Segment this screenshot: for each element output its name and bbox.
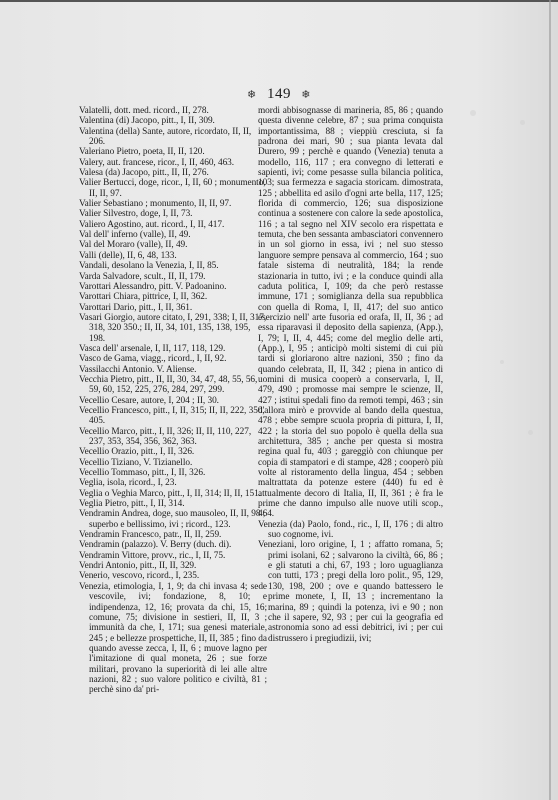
page-top-edge bbox=[0, 0, 558, 2]
index-entry: Vecellio Tommaso, pitt., I, II, 326. bbox=[79, 468, 267, 478]
index-entry: Vecchia Pietro, pitt., II, II, 30, 34, 4… bbox=[79, 375, 267, 396]
index-entry-continued: mordi abbisognasse di marineria, 85, 86 … bbox=[258, 106, 443, 520]
index-entry: Vandali, desolano la Venezia, I, II, 85. bbox=[79, 261, 267, 271]
index-entry: Valiero Agostino, aut. ricord., I, II, 4… bbox=[79, 220, 267, 230]
index-entry: Valli (delle), II, 6, 48, 133. bbox=[79, 251, 267, 261]
index-entry: Vecellio Cesare, autore, I, 204 ; II, 30… bbox=[79, 396, 267, 406]
index-entry: Vecellio Francesco, pitt., I, II, 315; I… bbox=[79, 406, 267, 427]
index-entry: Veglia o Veghia Marco, pitt., I, II, 314… bbox=[79, 489, 267, 499]
index-entry: Vecellio Marco, pitt., I, II, 326; II, I… bbox=[79, 427, 267, 448]
index-entry: Val dell' inferno (valle), II, 49. bbox=[79, 230, 267, 240]
index-entry: Vassilacchi Antonio. V. Aliense. bbox=[79, 365, 267, 375]
index-entry: Vendramin Andrea, doge, suo mausoleo, II… bbox=[79, 509, 267, 530]
index-entry: Val del Moraro (valle), II, 49. bbox=[79, 240, 267, 250]
index-entry: Veneziani, loro origine, I, 1 ; affatto … bbox=[258, 540, 443, 643]
index-entry: Vendramin (palazzo). V. Berry (duch. di)… bbox=[79, 540, 267, 550]
index-entry: Varda Salvadore, scult., II, II, 179. bbox=[79, 272, 267, 282]
paper-spot bbox=[520, 120, 525, 125]
ornament-left-icon: ❄ bbox=[247, 89, 257, 101]
index-entry: Valesa (da) Jacopo, pitt., II, II, 276. bbox=[79, 168, 267, 178]
index-entry: Venezia, etimologia, I, 1, 9; da chi inv… bbox=[79, 582, 267, 696]
index-entry: Valatelli, dott. med. ricord., II, 278. bbox=[79, 106, 267, 116]
index-entry: Valier Bertucci, doge, ricor., I, II, 60… bbox=[79, 178, 267, 199]
index-column-right: mordi abbisognasse di marineria, 85, 86 … bbox=[258, 106, 443, 644]
index-entry: Valery, aut. francese, ricor., I, II, 46… bbox=[79, 158, 267, 168]
scanned-page: ❄ 149 ❄ Valatelli, dott. med. ricord., I… bbox=[0, 0, 558, 800]
index-entry: Valier Silvestro, doge, I, II, 73. bbox=[79, 209, 267, 219]
index-entry: Valentina (di) Jacopo, pitt., I, II, 309… bbox=[79, 116, 267, 126]
index-entry: Venezia (da) Paolo, fond., ric., I, II, … bbox=[258, 520, 443, 541]
index-entry: Valeriano Pietro, poeta, II, II, 120. bbox=[79, 147, 267, 157]
index-entry: Vendramin Francesco, patr., II, II, 259. bbox=[79, 530, 267, 540]
index-entry: Valier Sebastiano ; monumento, II, II, 9… bbox=[79, 199, 267, 209]
paper-spot bbox=[500, 360, 504, 364]
index-entry: Veglia, isola, ricord., I, 23. bbox=[79, 478, 267, 488]
index-entry: Varottari Chiara, pittrice, I, II, 362. bbox=[79, 292, 267, 302]
index-entry: Vendri Antonio, pitt., II, II, 329. bbox=[79, 561, 267, 571]
index-entry: Valentina (della) Sante, autore, ricorda… bbox=[79, 127, 267, 148]
index-entry: Vecellio Orazio, pitt., I, II, 326. bbox=[79, 447, 267, 457]
index-entry: Vasari Giorgio, autore citato, I, 291, 3… bbox=[79, 313, 267, 344]
index-entry: Vecellio Tiziano, V. Tizianello. bbox=[79, 458, 267, 468]
index-entry: Vendramin Vittore, provv., ric., I, II, … bbox=[79, 551, 267, 561]
page-header: ❄ 149 ❄ bbox=[0, 86, 558, 103]
index-entry: Veglia Pietro, pitt., I, II, 314. bbox=[79, 499, 267, 509]
paper-spot bbox=[528, 430, 533, 435]
index-entry: Venerio, vescovo, ricord., I, 235. bbox=[79, 571, 267, 581]
index-column-left: Valatelli, dott. med. ricord., II, 278. … bbox=[79, 106, 267, 696]
index-entry: Vasca dell' arsenale, I, II, 117, 118, 1… bbox=[79, 344, 267, 354]
page-number: 149 bbox=[267, 86, 291, 102]
page-binding-edge bbox=[549, 0, 551, 800]
index-entry: Varottari Dario, pitt., I, II, 361. bbox=[79, 303, 267, 313]
index-entry: Vasco de Gama, viagg., ricord., I, II, 9… bbox=[79, 354, 267, 364]
index-entry: Varottari Alessandro, pitt. V. Padoanino… bbox=[79, 282, 267, 292]
paper-spot bbox=[470, 110, 476, 116]
ornament-right-icon: ❄ bbox=[301, 89, 311, 101]
